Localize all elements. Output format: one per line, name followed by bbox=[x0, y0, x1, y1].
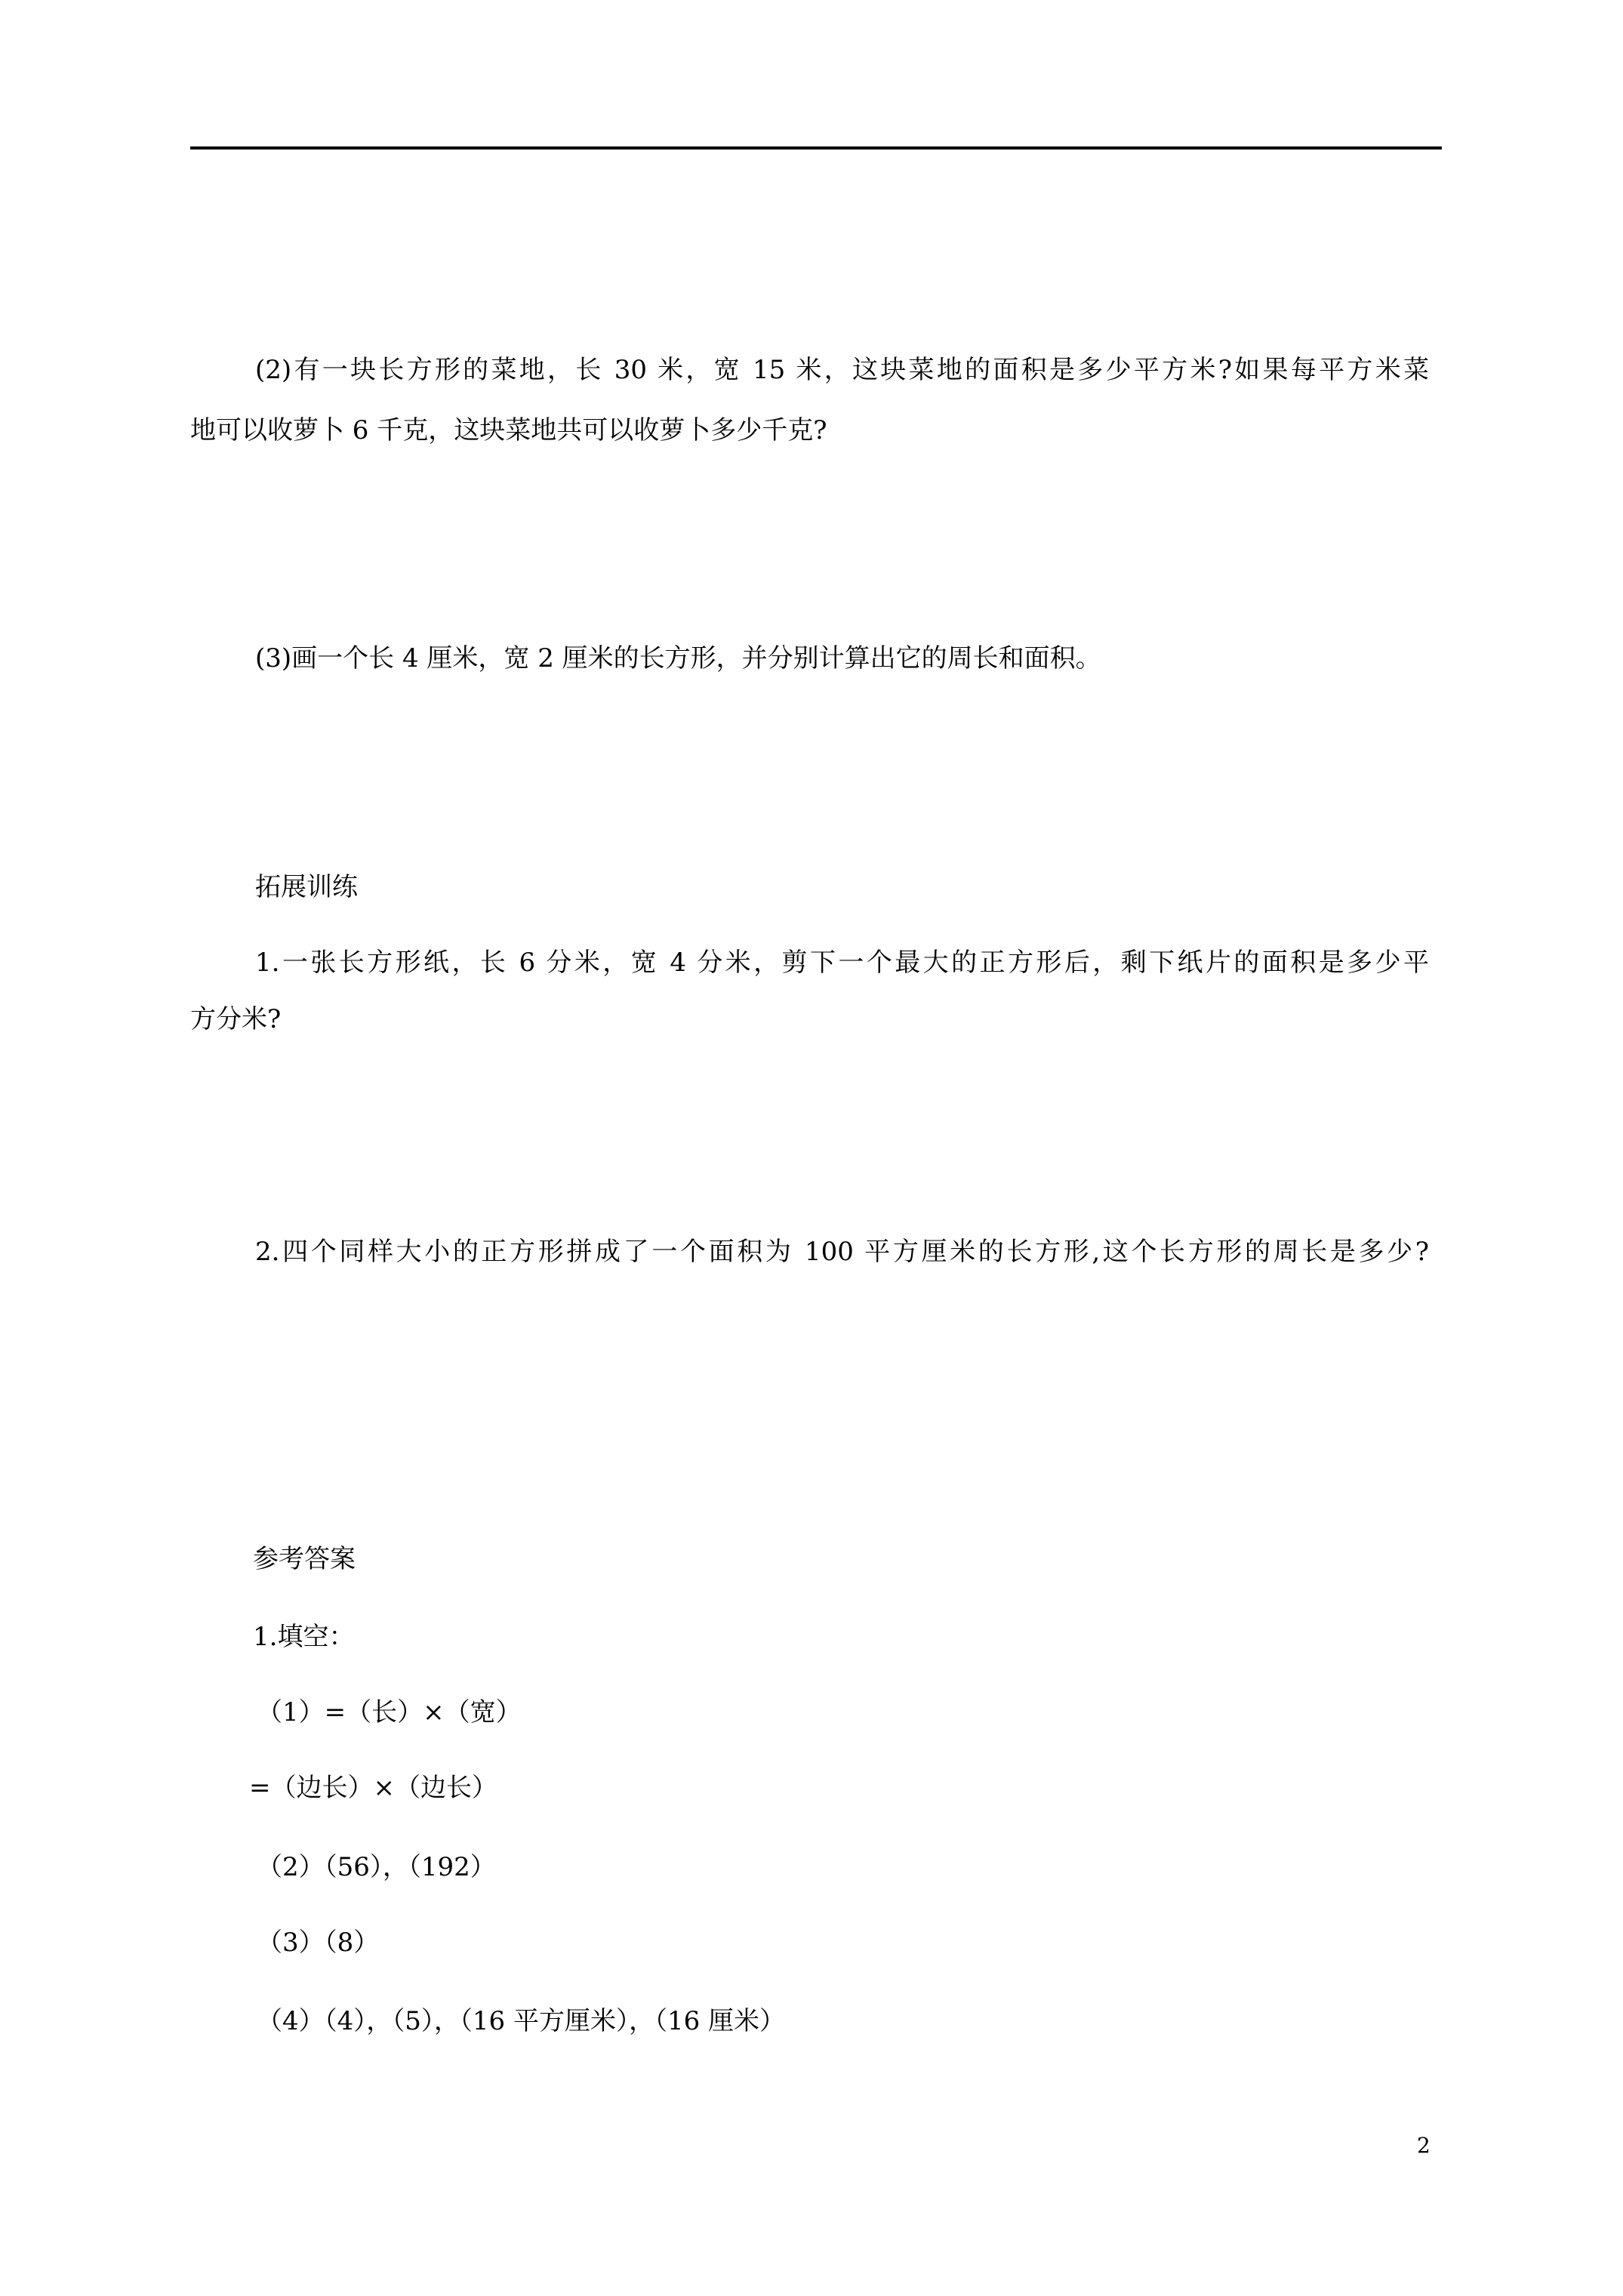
header-rule bbox=[190, 146, 1442, 149]
answer-line-1: （1）=（长）×（宽） bbox=[257, 1697, 522, 1727]
answers-section-title: 1.填空： bbox=[253, 1622, 354, 1652]
answer-line-4: （3）（8） bbox=[257, 1928, 379, 1958]
extension-item-1-line-2: 方分米? bbox=[190, 1004, 281, 1034]
exercise-2-line-2: 地可以收萝卜 6 千克，这块菜地共可以收萝卜多少千克? bbox=[190, 415, 827, 445]
answers-heading: 参考答案 bbox=[253, 1544, 356, 1574]
page-number: 2 bbox=[1417, 2134, 1431, 2158]
exercise-2-line-1: (2)有一块长方形的菜地，长 30 米，宽 15 米，这块菜地的面积是多少平方米… bbox=[255, 355, 1429, 385]
answer-line-3: （2）（56），（192） bbox=[257, 1852, 496, 1882]
extension-item-1-line-1: 1.一张长方形纸，长 6 分米，宽 4 分米，剪下一个最大的正方形后，剩下纸片的… bbox=[255, 948, 1429, 978]
exercise-3-line-1: (3)画一个长 4 厘米，宽 2 厘米的长方形，并分别计算出它的周长和面积。 bbox=[255, 643, 1101, 673]
answer-line-2: =（边长）×（边长） bbox=[249, 1773, 497, 1803]
answer-line-5: （4）（4），（5），（16 平方厘米），（16 厘米） bbox=[257, 2006, 785, 2036]
extension-item-2-line-1: 2.四个同样大小的正方形拼成了一个面积为 100 平方厘米的长方形,这个长方形的… bbox=[255, 1237, 1429, 1267]
extension-heading: 拓展训练 bbox=[255, 872, 358, 902]
